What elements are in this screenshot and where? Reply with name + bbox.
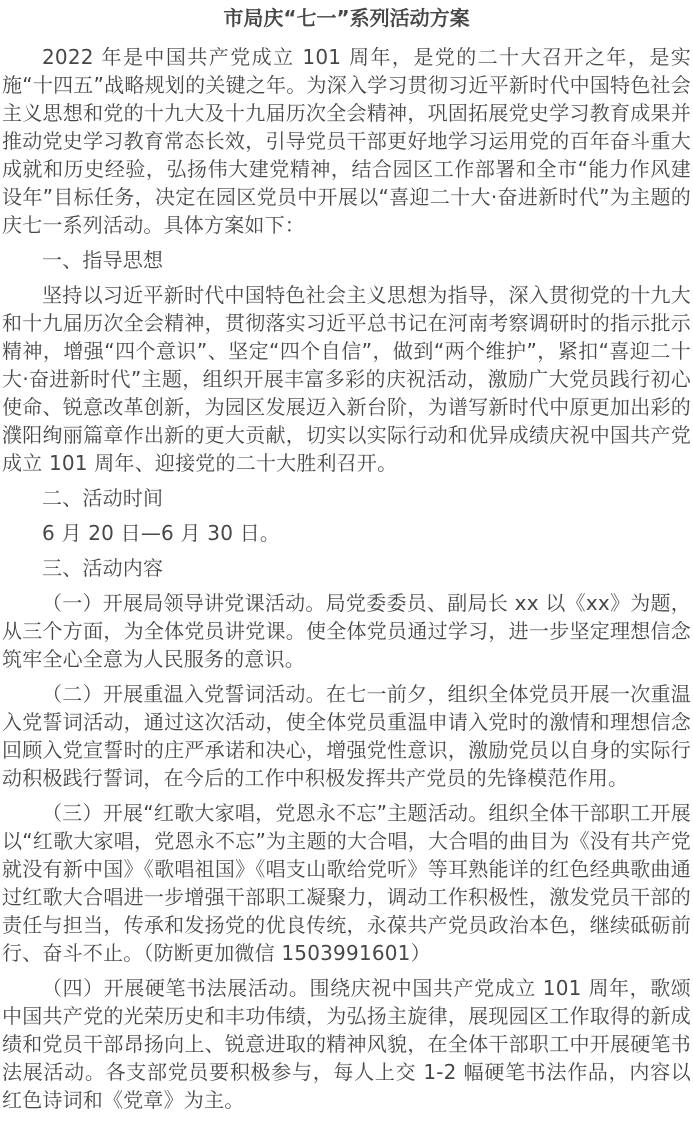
section-3-heading: 三、活动内容 xyxy=(2,554,691,582)
activity-1-paragraph: （一）开展局领导讲党课活动。局党委委员、副局长 xx 以《xx》为题，从三个方面… xyxy=(2,589,691,673)
document-page: 市局庆“七一”系列活动方案 2022 年是中国共产党成立 101 周年，是党的二… xyxy=(0,0,693,1124)
activity-2-paragraph: （二）开展重温入党誓词活动。在七一前夕，组织全体党员开展一次重温入党誓词活动，通… xyxy=(2,680,691,792)
document-title: 市局庆“七一”系列活动方案 xyxy=(2,4,691,32)
section-1-heading: 一、指导思想 xyxy=(2,246,691,274)
intro-paragraph: 2022 年是中国共产党成立 101 周年，是党的二十大召开之年，是实施“十四五… xyxy=(2,43,691,239)
section-1-body: 坚持以习近平新时代中国特色社会主义思想为指导，深入贯彻党的十九大和十九届历次全会… xyxy=(2,281,691,477)
section-2-heading: 二、活动时间 xyxy=(2,484,691,512)
activity-4-paragraph: （四）开展硬笔书法展活动。围绕庆祝中国共产党成立 101 周年，歌颂中国共产党的… xyxy=(2,974,691,1114)
activity-3-paragraph: （三）开展“红歌大家唱，党恩永不忘”主题活动。组织全体干部职工开展以“红歌大家唱… xyxy=(2,799,691,967)
section-2-time-paragraph: 6 月 20 日—6 月 30 日。 xyxy=(2,519,691,547)
